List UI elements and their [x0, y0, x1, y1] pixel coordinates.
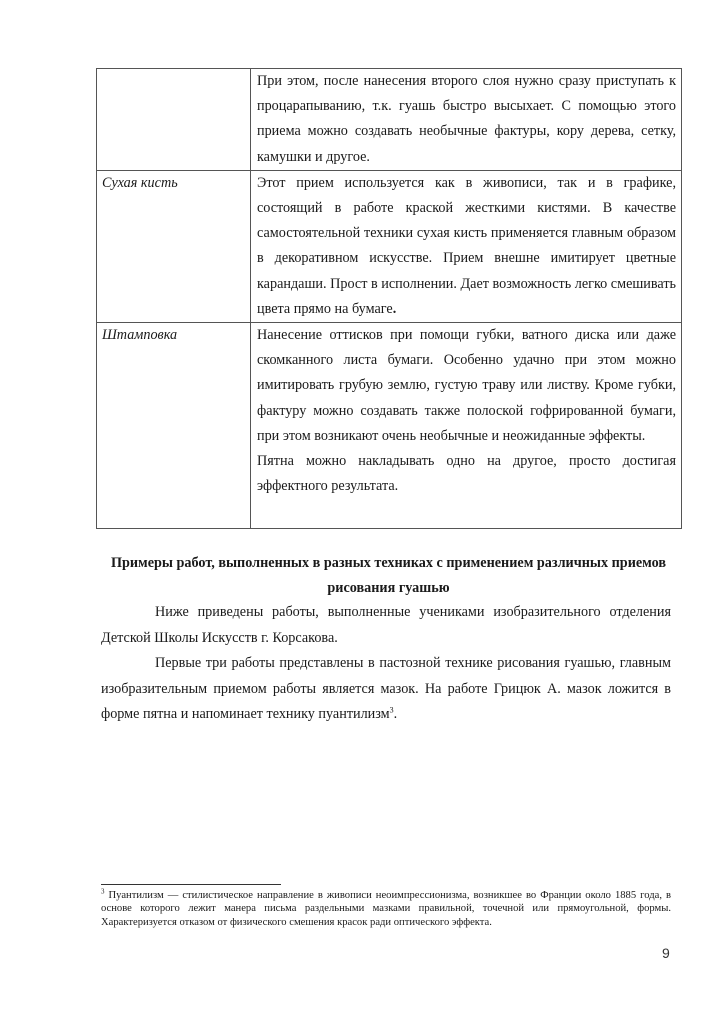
technique-description: Нанесение оттисков при помощи губки, ват…	[251, 323, 682, 529]
footnote-separator	[101, 884, 281, 885]
table-row: При этом, после нанесения второго слоя н…	[97, 69, 682, 171]
body-paragraph: Ниже приведены работы, выполненные учени…	[101, 600, 671, 651]
page-number: 9	[662, 945, 670, 961]
footnote-text: Пуантилизм — стилистическое направление …	[101, 890, 671, 928]
body-paragraph: Первые три работы представлены в пастозн…	[101, 651, 671, 728]
body-text: Первые три работы представлены в пастозн…	[101, 655, 671, 722]
technique-description: Этот прием используется как в живописи, …	[251, 170, 682, 322]
footnote: 3 Пуантилизм — стилистическое направлени…	[101, 889, 671, 929]
table-row: Сухая кисть Этот прием используется как …	[97, 170, 682, 322]
description-paragraph: Этот прием используется как в живописи, …	[257, 171, 676, 322]
technique-description: При этом, после нанесения второго слоя н…	[251, 69, 682, 171]
description-paragraph: При этом, после нанесения второго слоя н…	[257, 69, 676, 170]
document-page: При этом, после нанесения второго слоя н…	[0, 0, 724, 1024]
bold-period: .	[393, 301, 397, 317]
technique-term: Сухая кисть	[97, 170, 251, 322]
techniques-table: При этом, после нанесения второго слоя н…	[96, 68, 682, 529]
description-text: Этот прием используется как в живописи, …	[257, 175, 676, 317]
table-row: Штамповка Нанесение оттисков при помощи …	[97, 323, 682, 529]
description-paragraph: Пятна можно накладывать одно на другое, …	[257, 449, 676, 499]
body-text-end: .	[394, 706, 398, 722]
section-heading: Примеры работ, выполненных в разных техн…	[96, 551, 681, 601]
description-paragraph: Нанесение оттисков при помощи губки, ват…	[257, 323, 676, 449]
technique-term	[97, 69, 251, 171]
technique-term: Штамповка	[97, 323, 251, 529]
